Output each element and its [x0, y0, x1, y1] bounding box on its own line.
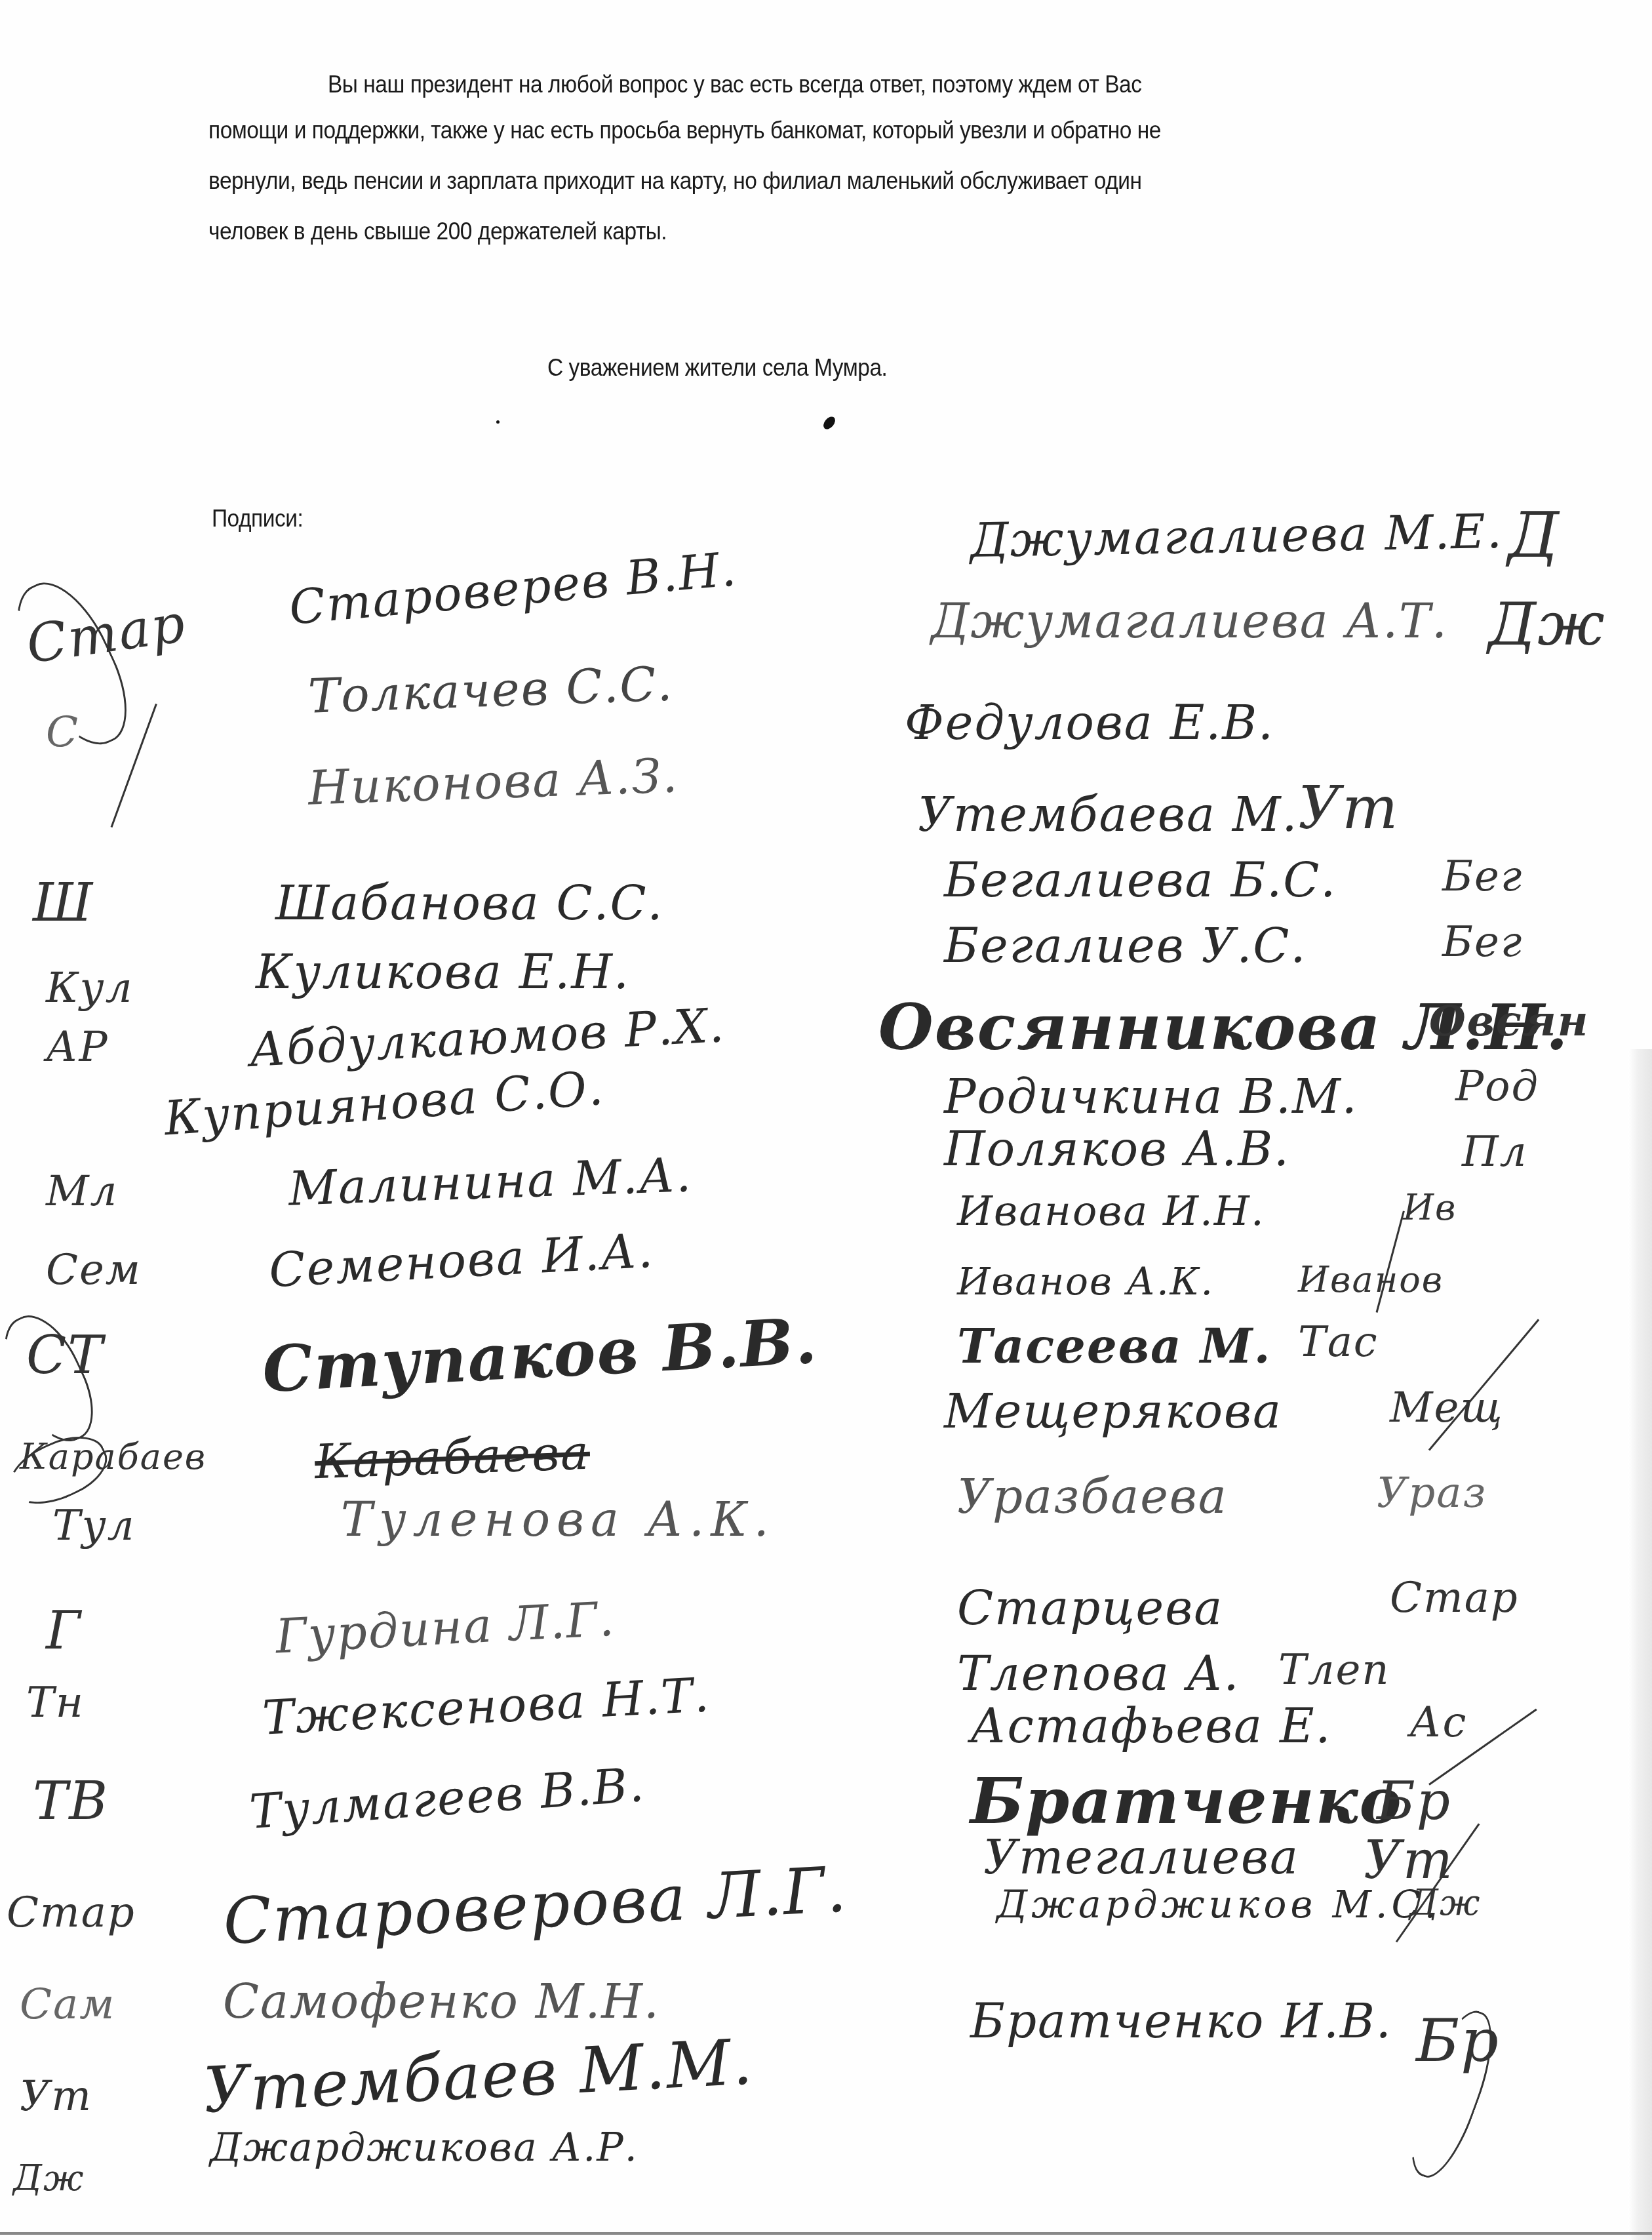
- signature-mark: Пл: [1462, 1128, 1528, 1176]
- signature-mark: Ут: [20, 2072, 92, 2121]
- signature-mark: Иванов: [1298, 1259, 1444, 1300]
- signature-name: Семенова И.А.: [267, 1223, 655, 1298]
- signature-name: Шабанова С.С.: [275, 875, 663, 930]
- signature-name: Иванова И.Н.: [957, 1187, 1265, 1235]
- signature-name: Толкачев С.С.: [307, 656, 675, 723]
- signature-mark: Бег: [1442, 918, 1523, 967]
- scan-speck: [496, 420, 500, 424]
- signature-name: Ступаков В.В.: [261, 1304, 820, 1407]
- signature-name: Гурдина Л.Г.: [274, 1591, 616, 1664]
- signature-name: Родичкина В.М.: [944, 1069, 1358, 1124]
- signature-name: Джумагалиева М.Е.: [970, 504, 1503, 568]
- signatures-label: Подписи:: [212, 505, 303, 532]
- signature-mark: Ас: [1409, 1698, 1467, 1747]
- signature-mark: Мл: [46, 1167, 118, 1216]
- signature-mark: Тлеп: [1278, 1646, 1390, 1694]
- signature-mark: Д: [1508, 498, 1560, 572]
- signature-mark: Тн: [26, 1679, 85, 1727]
- signature-name: Бегалиев У.С.: [944, 918, 1307, 973]
- signature-name: Уразбаева: [957, 1469, 1228, 1524]
- signature-mark: Стар: [1390, 1574, 1519, 1622]
- signature-mark: Ураз: [1377, 1469, 1487, 1517]
- signature-mark: Г: [46, 1600, 82, 1661]
- signature-name: Астафьева Е.: [970, 1698, 1331, 1753]
- signature-name: Карабаева: [314, 1425, 591, 1490]
- signature-name: Тулмагеев В.В.: [248, 1757, 647, 1839]
- signature-name: Братченко: [970, 1764, 1403, 1838]
- signature-name: Бегалиева Б.С.: [944, 852, 1337, 908]
- signature-mark: Ш: [33, 872, 94, 933]
- signature-name: Самофенко М.Н.: [223, 1974, 660, 2029]
- signature-mark: Кул: [46, 964, 133, 1012]
- signature-mark: Овсян: [1429, 997, 1589, 1046]
- signature-name: Куликова Е.Н.: [256, 944, 630, 999]
- signature-name: Утембаева М.: [918, 787, 1298, 842]
- signature-name: Иванов А.К.: [957, 1259, 1214, 1304]
- signature-name: Староверев В.Н.: [287, 541, 739, 635]
- signature-mark: Род: [1455, 1062, 1539, 1111]
- signature-name: Братченко И.В.: [970, 1993, 1392, 2049]
- signature-mark: Ут: [1298, 774, 1399, 843]
- body-line-4: человек в день свыше 200 держателей карт…: [208, 218, 667, 245]
- signature-mark: Бег: [1442, 852, 1523, 901]
- signature-name: Федулова Е.В.: [905, 695, 1274, 750]
- scan-edge-shadow: [1628, 1049, 1652, 2240]
- signature-name: Куприянова С.О.: [163, 1060, 606, 1146]
- signature-flourish: [0, 568, 145, 761]
- signature-mark: Тас: [1298, 1318, 1379, 1367]
- scanned-petition-page: Вы наш президент на любой вопрос у вас е…: [0, 0, 1652, 2240]
- signature-mark: Дж: [1488, 590, 1605, 659]
- body-line-2: помощи и поддержки, также у нас есть про…: [208, 117, 1161, 144]
- body-line-1: Вы наш президент на любой вопрос у вас е…: [328, 71, 1141, 98]
- signature-mark: АР: [46, 1023, 109, 1071]
- signature-mark: Дж: [13, 2157, 85, 2199]
- ink-blot: [821, 414, 838, 431]
- signature-mark: Бр: [1377, 1770, 1451, 1831]
- signature-mark: Сем: [46, 1246, 142, 1294]
- signature-mark: Тул: [52, 1502, 136, 1550]
- signature-name: Абдулкаюмов Р.Х.: [248, 997, 726, 1077]
- signature-mark: Ив: [1403, 1187, 1457, 1228]
- signature-name: Джумагалиева А.Т.: [931, 593, 1448, 649]
- closing-line: С уважением жители села Мумра.: [547, 354, 887, 382]
- signature-name: Староверова Л.Г.: [222, 1852, 850, 1959]
- signature-name: Поляков А.В.: [944, 1121, 1290, 1176]
- signature-flourish: [1394, 2002, 1507, 2185]
- signature-mark: Стар: [7, 1889, 136, 1937]
- signature-name: Тасеева М.: [957, 1318, 1271, 1374]
- signature-name: Джарджикова А.Р.: [210, 2125, 639, 2170]
- signature-name: Никонова А.З.: [307, 748, 680, 816]
- signature-mark: Дж: [1409, 1882, 1481, 1923]
- signature-name: Тжексенова Н.Т.: [261, 1667, 711, 1746]
- signature-name: Туленова А.К.: [341, 1492, 776, 1547]
- signature-name: Тлепова А.: [957, 1646, 1240, 1701]
- signature-name: Утегалиева: [983, 1830, 1299, 1885]
- signature-mark: Мещ: [1390, 1384, 1503, 1432]
- signature-name: Старцева: [957, 1580, 1223, 1635]
- signature-name: Утембаев М.М.: [202, 2025, 755, 2127]
- signature-mark: Сам: [20, 1980, 115, 2029]
- scan-bottom-edge: [0, 2232, 1652, 2235]
- body-line-3: вернули, ведь пенсии и зарплата приходит…: [208, 167, 1142, 195]
- signature-name: Мещерякова: [944, 1384, 1282, 1439]
- signature-mark: ТВ: [33, 1770, 109, 1831]
- signature-name: Малинина М.А.: [288, 1147, 693, 1216]
